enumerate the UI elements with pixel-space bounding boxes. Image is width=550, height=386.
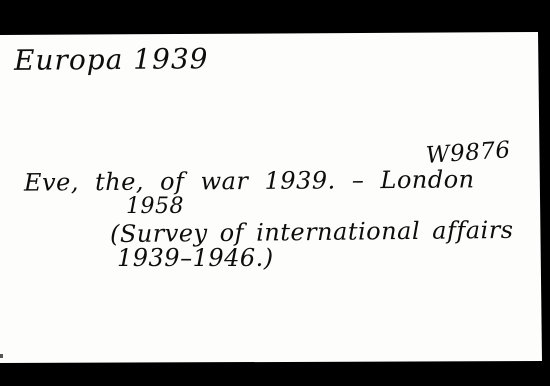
scanned-card-image: Europa 1939 W9876 Eve, the, of war 1939.… — [0, 0, 550, 386]
entry-title-line: Eve, the, of war 1939. – London — [24, 167, 475, 194]
publication-year: 1958 — [126, 196, 184, 218]
call-number: W9876 — [425, 139, 511, 168]
catalog-card: Europa 1939 W9876 Eve, the, of war 1939.… — [0, 0, 550, 386]
series-note-line1: (Survey of international affairs — [110, 218, 514, 246]
scan-artifact-speck — [0, 354, 3, 358]
series-note-line2: 1939–1946.) — [117, 246, 274, 270]
card-heading: Europa 1939 — [14, 45, 209, 75]
